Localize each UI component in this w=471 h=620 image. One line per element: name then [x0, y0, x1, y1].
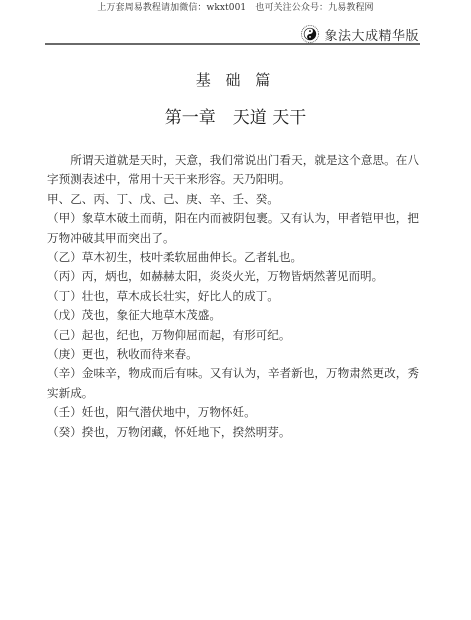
paragraph-bing: （丙）丙，炳也，如赫赫太阳，炎炎火光，万物皆炳然著见而明。 — [47, 267, 419, 286]
paragraph-ren: （壬）妊也，阳气潜伏地中，万物怀妊。 — [47, 403, 419, 422]
running-header: 象法大成精华版 — [301, 24, 419, 44]
paragraph-jia: （甲）象草木破土而萌，阳在内而被阴包裹。又有认为，甲者铠甲也，把万物冲破其甲而突… — [47, 209, 419, 248]
part-title: 基 础 篇 — [0, 70, 471, 90]
book-title: 象法大成精华版 — [324, 25, 419, 44]
paragraph-ji: （己）起也，纪也，万物仰屈而起，有形可纪。 — [47, 326, 419, 345]
paragraph-ding: （丁）壮也，草木成长壮实，好比人的成丁。 — [47, 287, 419, 306]
watermark-banner: 上万套周易教程请加微信：wkxt001 也可关注公众号：九易教程网 — [0, 2, 471, 14]
yin-yang-icon — [301, 25, 319, 43]
paragraph-yi: （乙）草木初生，枝叶柔软屈曲伸长。乙者轧也。 — [47, 248, 419, 267]
header-divider — [45, 43, 420, 45]
paragraph-xin: （辛）金味辛，物成而后有味。又有认为，辛者新也，万物肃然更改，秀实新成。 — [47, 364, 419, 403]
paragraph-stems-list: 甲、乙、丙、丁、戊、己、庚、辛、壬、癸。 — [47, 190, 419, 209]
paragraph-gui: （癸）揆也，万物闭藏，怀妊地下，揆然明芽。 — [47, 423, 419, 442]
chapter-title: 第一章 天道 天干 — [0, 107, 471, 129]
paragraph-wu: （戊）茂也，象征大地草木茂盛。 — [47, 306, 419, 325]
paragraph-intro: 所谓天道就是天时，天意，我们常说出门看天，就是这个意思。在八字预测表述中，常用十… — [47, 151, 419, 190]
paragraph-geng: （庚）更也，秋收而待来春。 — [47, 345, 419, 364]
body-text: 所谓天道就是天时，天意，我们常说出门看天，就是这个意思。在八字预测表述中，常用十… — [47, 151, 419, 442]
